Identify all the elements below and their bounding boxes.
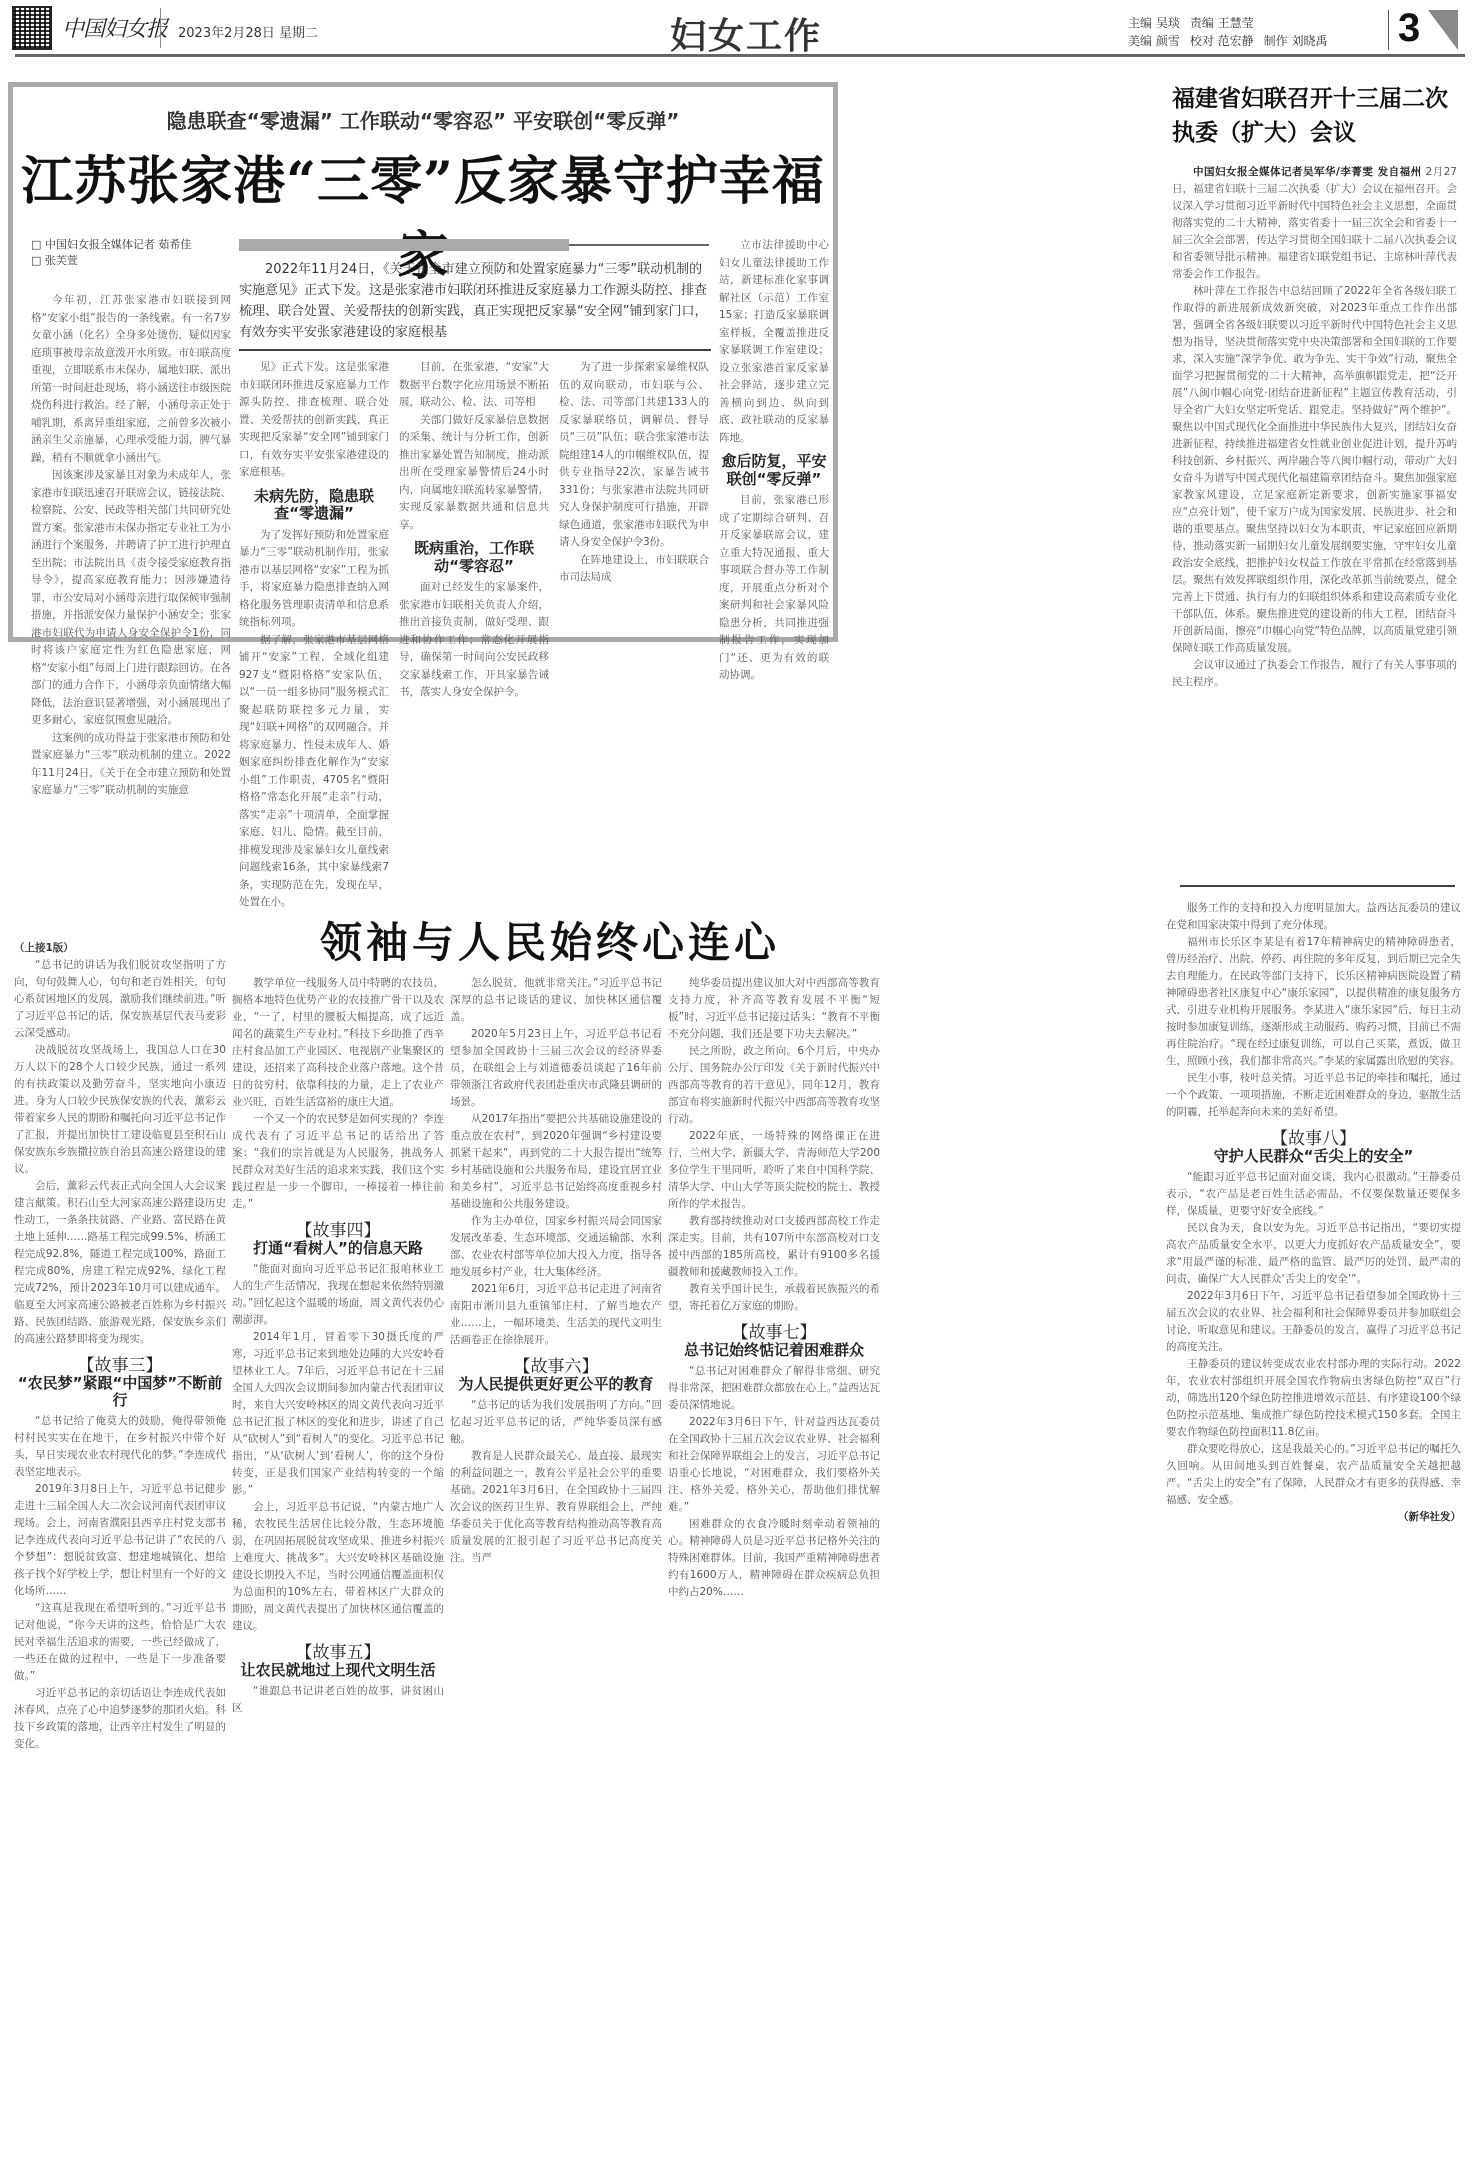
story-title: 总书记始终惦记着困难群众 xyxy=(668,1342,880,1359)
qr-code-icon[interactable] xyxy=(12,6,52,50)
paragraph: 习近平总书记的亲切话语让李连成代表如沐春风，点亮了心中追梦逐梦的那团火焰。科技下… xyxy=(14,1685,226,1753)
page-number: 3 xyxy=(1398,6,1420,51)
paragraph: “总书记对困难群众了解得非常细、研究得非常深，把困难群众都放在心上。”益西达瓦委… xyxy=(668,1363,880,1414)
section-title: 妇女工作 xyxy=(670,8,822,59)
paragraph: 会议审议通过了执委会工作报告，履行了有关人事事项的民主程序。 xyxy=(1172,657,1457,691)
article-column: 立市法律援助中心妇女儿童法律援助工作站，新建标准化家事调解社区（示范）工作室15… xyxy=(719,237,829,685)
paragraph: 2022年底，一场特殊的网络课正在进行，兰州大学、新疆大学、青海师范大学200多… xyxy=(668,1128,880,1213)
staff-duty-editor: 责编 王慧莹 xyxy=(1190,16,1254,30)
paragraph: 教育关乎国计民生，承载着民族振兴的希望，寄托着亿万家庭的期盼。 xyxy=(668,1281,880,1315)
issue-date: 2023年2月28日 星期二 xyxy=(178,22,318,41)
side-headline[interactable]: 福建省妇联召开十三届二次执委（扩大）会议 xyxy=(1160,82,1465,150)
divider xyxy=(160,8,161,48)
masthead: 中国妇女报 2023年2月28日 星期二 妇女工作 主编 吴琰责编 王慧莹 美编… xyxy=(0,0,1472,58)
paragraph: “这真是我现在希望听到的。”习近平总书记对他说，“你今天讲的这些，恰恰是广大农民… xyxy=(14,1600,226,1685)
paragraph: “能跟习近平总书记面对面交谈，我内心很激动。”王静委员表示，“农产品是老百姓生活… xyxy=(1166,1169,1461,1220)
story-title: 守护人民群众“舌尖上的安全” xyxy=(1166,1148,1461,1165)
article-kicker: 隐患联查“零遗漏” 工作联动“零容忍” 平安联创“零反弹” xyxy=(13,105,833,134)
article-column: 见》正式下发。这是张家港市妇联闭环推进反家庭暴力工作源头防控、排查梳理、联合处置… xyxy=(239,359,389,912)
paragraph: 决战脱贫攻坚战场上，我国总人口在30万人以下的28个人口较少民族，通过一系列的有… xyxy=(14,1042,226,1178)
article-column: 服务工作的支持和投入力度明显加大。益西达瓦委员的建议在党和国家决策中得到了充分体… xyxy=(1166,900,1461,1526)
paragraph: “能面对面向习近平总书记汇报咱林业工人的生产生活情况，我现在想起来依然特别激动。… xyxy=(232,1261,444,1329)
paragraph: 民生小事，枝叶总关情。习近平总书记的牵挂和嘱托，通过一个个政策、一项项措施，不断… xyxy=(1166,1070,1461,1121)
staff-credits: 主编 吴琰责编 王慧莹 美编 颜雪校对 范宏静制作 刘晓禹 xyxy=(1128,14,1337,50)
paragraph: 教育部持续推动对口支援西部高校工作走深走实。目前，共有107所中东部高校对口支援… xyxy=(668,1213,880,1281)
side-body: 中国妇女报全媒体记者吴军华/李菁雯 发自福州 2月27日，福建省妇联十三届二次执… xyxy=(1160,164,1465,691)
paragraph: 立市法律援助中心妇女儿童法律援助工作站，新建标准化家事调解社区（示范）工作室15… xyxy=(719,237,829,447)
paragraph: 福州市长乐区李某是有着17年精神病史的精神障碍患者，曾历经治疗、出院、停药、再住… xyxy=(1166,934,1461,1070)
paragraph: “总书记的讲话为我们脱贫攻坚指明了方向，句句鼓舞人心，句句和老百姓相关，句句心系… xyxy=(14,957,226,1042)
article-column: 怎么脱贫，他就非常关注。”习近平总书记深厚的总书记谈话的建议，加快林区通信覆盖。… xyxy=(450,975,662,1567)
paragraph: 据了解，张家港市基层网格铺开“安家”工程，全域化组建927支“暨阳格格”安家队伍… xyxy=(239,632,389,912)
story-tag: 【故事七】 xyxy=(668,1325,880,1342)
paragraph: 一个又一个的农民梦是如何实现的？李连成代表有了习近平总书记的话给出了答案：“我们… xyxy=(232,1111,444,1213)
story-tag: 【故事六】 xyxy=(450,1359,662,1376)
paragraph: 面对已经发生的家暴案件，张家港市妇联相关负责人介绍，推出首接负责制，做好受理、跟… xyxy=(399,579,549,702)
paragraph: “总书记的话为我们发展指明了方向。”回忆起习近平总书记的话，严纯华委员深有感触。 xyxy=(450,1397,662,1448)
article-column: 今年初，江苏张家港市妇联接到网格“安家小组”报告的一条线索。有一名7岁女童小涵（… xyxy=(31,292,231,800)
side-article: 福建省妇联召开十三届二次执委（扩大）会议 中国妇女报全媒体记者吴军华/李菁雯 发… xyxy=(1160,82,1465,691)
paragraph: 今年初，江苏张家港市妇联接到网格“安家小组”报告的一条线索。有一名7岁女童小涵（… xyxy=(31,292,231,467)
paragraph: 2月27日，福建省妇联十三届二次执委（扩大）会议在福州召开。会议深入学习贯彻习近… xyxy=(1172,166,1457,280)
article-column: 教学单位一线服务人员中特聘的农技员，搁格本地特色优势产业的农技推广骨干以及农业，… xyxy=(232,975,444,1717)
paragraph: 目前，张家港已形成了定期综合研判、召开反家暴联席会议，建立重大特况通报、重大事项… xyxy=(719,492,829,685)
paragraph: 王静委员的建议转变成农业农村部办理的实际行动。2022年，农业农村部组织开展全国… xyxy=(1166,1356,1461,1441)
staff-editor: 主编 吴琰 xyxy=(1128,16,1180,30)
staff-producer: 制作 刘晓禹 xyxy=(1264,34,1328,48)
paragraph: 困难群众的衣食冷暖时刻牵动着领袖的心。精神障碍人员是习近平总书记格外关注的特殊困… xyxy=(668,1516,880,1601)
paragraph: 怎么脱贫，他就非常关注。”习近平总书记深厚的总书记谈话的建议，加快林区通信覆盖。 xyxy=(450,975,662,1026)
paragraph: 会后，薰彩云代表正式向全国人大会议案建言献策。积石山至大河家高速公路建设历史性动… xyxy=(14,1178,226,1348)
article-column: （上接1版） “总书记的讲话为我们脱贫攻坚指明了方向，句句鼓舞人心，句句和老百姓… xyxy=(14,940,226,1753)
continued-from[interactable]: （上接1版） xyxy=(14,940,226,957)
corner-triangle-icon xyxy=(1428,10,1458,50)
paragraph: 见》正式下发。这是张家港市妇联闭环推进反家庭暴力工作源头防控、排查梳理、联合处置… xyxy=(239,359,389,482)
paragraph: 服务工作的支持和投入力度明显加大。益西达瓦委员的建议在党和国家决策中得到了充分体… xyxy=(1166,900,1461,934)
staff-proofreader: 校对 范宏静 xyxy=(1190,34,1254,48)
paragraph: 这案例的成功得益于张家港市预防和处置家庭暴力“三零”联动机制的建立。2022年1… xyxy=(31,730,231,800)
paragraph: 为了发挥好预防和处置家庭暴力“三零”联动机制作用，张家港市以基层网格“安家”工程… xyxy=(239,527,389,632)
paragraph: 林叶萍在工作报告中总结回顾了2022年全省各级妇联工作取得的新进展新成效新突破，… xyxy=(1172,283,1457,657)
article-column: 目前，在张家港，“安家”大数据平台数字化应用场景不断拓展，联动公、检、法、司等相… xyxy=(399,359,549,702)
side-rule xyxy=(1180,885,1455,887)
paragraph: 在阵地建设上，市妇联联合市司法局成 xyxy=(559,552,709,587)
paragraph: 2021年6月，习近平总书记走进了河南省南阳市淅川县九重镇邹庄村，了解当地农产业… xyxy=(450,1281,662,1349)
story-tag: 【故事五】 xyxy=(232,1645,444,1662)
paragraph: 教育是人民群众最关心、最直接、最现实的利益问题之一，教育公平是社会公平的重要基础… xyxy=(450,1448,662,1567)
paragraph: 民以食为天，食以安为先。习近平总书记指出，“要切实提高农产品质量安全水平，以更大… xyxy=(1166,1220,1461,1288)
paragraph: 2022年3月6日下午，针对益西达瓦委员在全国政协十三届五次会议农业界、社会福利… xyxy=(668,1414,880,1516)
story-title: 打通“看树人”的信息天路 xyxy=(232,1240,444,1257)
byline: 中国妇女报全媒体记者 茹希佳 张芙萱 xyxy=(31,237,191,269)
source-credit: （新华社发） xyxy=(1166,1509,1461,1526)
masthead-rule xyxy=(15,54,1465,57)
paragraph: 作为主办单位，国家乡村振兴局会同国家发展改革委、生态环境部、交通运输部、水利部、… xyxy=(450,1213,662,1281)
story-tag: 【故事四】 xyxy=(232,1223,444,1240)
paragraph: 2020年5月23日上午，习近平总书记看望参加全国政协十三届三次会议的经济界委员… xyxy=(450,1026,662,1111)
paragraph: 2022年3月6日下午，习近平总书记看望参加全国政协十三届五次会议的农业界、社会… xyxy=(1166,1288,1461,1356)
paragraph: 民之所盼，政之所向。6个月后，中央办公厅、国务院办公厅印发《关于新时代振兴中西部… xyxy=(668,1043,880,1128)
newspaper-logo: 中国妇女报 xyxy=(62,12,167,43)
paragraph: 目前，在张家港，“安家”大数据平台数字化应用场景不断拓展，联动公、检、法、司等相 xyxy=(399,359,549,412)
paragraph: “谁跟总书记讲老百姓的故事，讲贫困山区 xyxy=(232,1683,444,1717)
article-column: 为了进一步探索家暴维权队伍的双向联动，市妇联与公、检、法、司等部门共建133人的… xyxy=(559,359,709,587)
dateline: 中国妇女报全媒体记者吴军华/李菁雯 发自福州 xyxy=(1193,166,1422,178)
paragraph: 教学单位一线服务人员中特聘的农技员，搁格本地特色优势产业的农技推广骨干以及农业，… xyxy=(232,975,444,1111)
divider xyxy=(1388,10,1389,50)
story-title: 让农民就地过上现代文明生活 xyxy=(232,1662,444,1679)
paragraph: 从2017年指出“要把公共基础设施建设的重点放在农村”，到2020年强调“乡村建… xyxy=(450,1111,662,1213)
deck-bar xyxy=(239,239,569,251)
paragraph: 纯华委员提出建议加大对中西部高等教育支持力度，补齐高等教育发展不平衡“短板”时，… xyxy=(668,975,880,1043)
paragraph: 为了进一步探索家暴维权队伍的双向联动，市妇联与公、检、法、司等部门共建133人的… xyxy=(559,359,709,552)
byline-reporter: 中国妇女报全媒体记者 茹希佳 xyxy=(31,237,191,253)
subhead: 愈后防复，平安联创“零反弹” xyxy=(719,453,829,488)
staff-designer: 美编 颜雪 xyxy=(1128,34,1180,48)
subhead: 既病重治，工作联动“零容忍” xyxy=(399,540,549,575)
story-tag: 【故事八】 xyxy=(1166,1131,1461,1148)
article-column: 纯华委员提出建议加大对中西部高等教育支持力度，补齐高等教育发展不平衡“短板”时，… xyxy=(668,975,880,1601)
story-tag: 【故事三】 xyxy=(14,1358,226,1375)
byline-reporter: 张芙萱 xyxy=(31,253,191,269)
story-title: 为人民提供更好更公平的教育 xyxy=(450,1376,662,1393)
subhead: 未病先防，隐患联查“零遗漏” xyxy=(239,488,389,523)
deck-rule xyxy=(239,349,711,351)
story-title: “农民梦”紧跟“中国梦”不断前行 xyxy=(14,1375,226,1409)
article-deck: 2022年11月24日，《关于在全市建立预防和处置家庭暴力“三零”联动机制的实施… xyxy=(239,259,711,343)
lead-article: 隐患联查“零遗漏” 工作联动“零容忍” 平安联创“零反弹” 江苏张家港“三零”反… xyxy=(8,82,838,642)
paragraph: 关部门做好反家暴信息数据的采集、统计与分析工作，创新推出家暴处置告知制度，推动派… xyxy=(399,412,549,535)
paragraph: 2014年1月，冒着零下30摄氏度的严寒，习近平总书记来到地处边陲的大兴安岭看望… xyxy=(232,1329,444,1499)
paragraph: 群众要吃得放心，这是我最关心的。”习近平总书记的嘱托久久回响。从田间地头到百姓餐… xyxy=(1166,1441,1461,1509)
paragraph: 因该案涉及家暴且对象为未成年人，张家港市妇联迅速召开联席会议，链接法院、检察院、… xyxy=(31,467,231,730)
paragraph: “总书记给了俺莫大的鼓励，俺得带领俺村村民实实在在地干，在乡村振兴中带个好头，早… xyxy=(14,1413,226,1481)
paragraph: 会上，习近平总书记说，“内蒙古地广人稀，农牧民生活居住比较分散，生态环境脆弱，在… xyxy=(232,1499,444,1635)
deck-rule xyxy=(569,244,709,246)
paragraph: 2019年3月8日上午，习近平总书记健步走进十三届全国人大二次会议河南代表团审议… xyxy=(14,1481,226,1600)
